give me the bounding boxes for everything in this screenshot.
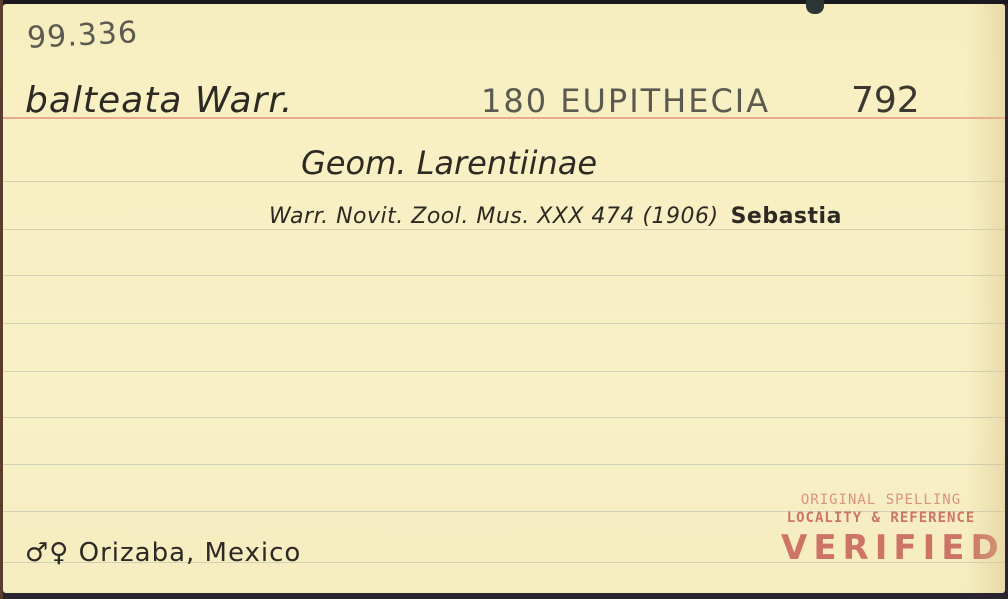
ruled-line <box>3 464 1005 465</box>
reference-locality: Sebastia <box>731 204 842 229</box>
stamp-line-1: ORIGINAL SPELLING <box>781 492 981 508</box>
stamp-line-3: VERIFIED. <box>781 528 981 568</box>
ruled-line <box>3 229 1005 230</box>
verified-stamp: ORIGINAL SPELLING LOCALITY & REFERENCE V… <box>781 492 981 568</box>
index-card: 99.336 balteata Warr. 180 EUPITHECIA 792… <box>3 4 1005 593</box>
reference-citation: Warr. Novit. Zool. Mus. XXX 474 (1906)Se… <box>269 204 842 229</box>
genus-entry: 180 EUPITHECIA <box>481 82 770 120</box>
ruled-line <box>3 275 1005 276</box>
species-name: balteata Warr. <box>25 80 293 121</box>
reference-text: Warr. Novit. Zool. Mus. XXX 474 (1906) <box>269 204 719 229</box>
catalog-number: 99.336 <box>26 15 139 56</box>
subfamily: Geom. Larentiinae <box>301 144 597 182</box>
ruled-line <box>3 323 1005 324</box>
page-number: 792 <box>851 80 920 121</box>
ink-blot <box>806 0 824 14</box>
stamp-line-2: LOCALITY & REFERENCE <box>781 510 981 526</box>
specimen-locality: ♂♀ Orizaba, Mexico <box>25 538 301 568</box>
ruled-line <box>3 417 1005 418</box>
ruled-line <box>3 371 1005 372</box>
